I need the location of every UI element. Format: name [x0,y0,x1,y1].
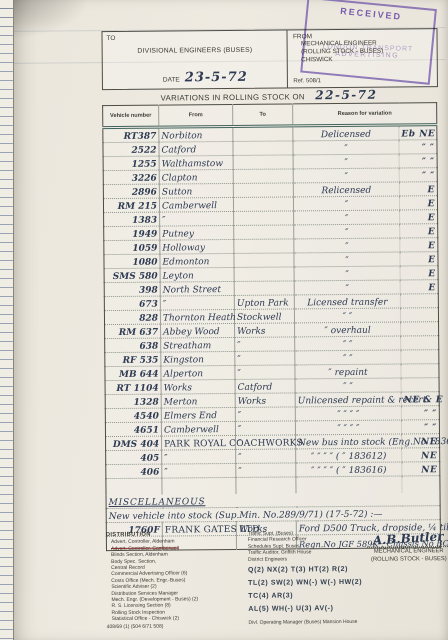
distribution-item: Statistical Office - Chiswick (2) [107,615,249,623]
reason-cell: Relicensed [293,182,399,197]
vehicle-number-cell: 405 [106,450,162,464]
vehicle-number-cell: 2896 [103,184,159,198]
col-header-reason: Reason for variation [293,103,437,126]
from-cell: ″ [162,449,236,464]
col-header-to: To [233,104,293,127]
from-cell: ″ [160,295,234,310]
form-content: TO DIVISIONAL ENGINEERS (BUSES) DATE23-5… [7,0,448,640]
code-cell [401,350,439,364]
from-cell: Walthamstow [159,155,233,170]
from-cell: ″ [162,463,236,478]
to-cell: ″ [235,407,295,422]
signature-block: A.B.Butler MECHANICAL ENGINEER (ROLLING … [365,529,448,629]
allocation-code-line: AL(5) WH(-) U(3) AV(-) [248,605,366,615]
from-cell: Camberwell [161,421,235,436]
from-cell: North Street [160,281,234,296]
form-number: 408/69 (1) (504 6/71 508) [107,623,249,631]
code-cell: E [400,252,438,266]
col-header-vehicle-number: Vehicle number [103,105,159,127]
reason-cell: ″ ″ ″ ″ [295,406,401,421]
reason-cell: ″ [293,196,399,211]
code-cell: E [400,266,438,280]
to-cell [233,197,293,212]
scanned-form-document: TO DIVISIONAL ENGINEERS (BUSES) DATE23-5… [0,0,448,640]
to-cell: ″ [235,365,295,380]
from-cell: Thornton Heath [160,309,234,324]
code-cell: E [400,210,438,224]
code-cell: NE & E [401,392,439,406]
vehicle-number-cell: 3226 [103,170,159,184]
to-cell: Stockwell [234,309,294,324]
document-paper: TO DIVISIONAL ENGINEERS (BUSES) DATE23-5… [10,0,448,640]
vehicle-number-cell: DMS 404 [106,436,162,450]
allocation-code-line: TC(4) AR(3) [248,592,366,602]
code-cell: E [400,224,438,238]
from-cell: Abbey Wood [161,323,235,338]
code-cell [400,308,438,322]
reason-cell: ″ [293,140,399,155]
to-cell [234,239,294,254]
vehicle-number-cell: 398 [104,282,160,296]
reason-cell: ″ [294,224,400,239]
to-cell [233,141,293,156]
from-cell: Kingston [161,351,235,366]
to-cell [233,126,293,142]
to-value: DIVISIONAL ENGINEERS (BUSES) [107,47,283,56]
code-cell [401,378,439,392]
reason-cell: ″ [293,154,399,169]
from-cell: Leyton [160,267,234,282]
reason-cell: ″ ″ ″ ″ [295,420,401,435]
table-header-row: Vehicle number From To Reason for variat… [103,103,437,128]
notebook-edge [0,0,14,640]
from-cell: PARK ROYAL COACHWORKS [162,435,236,450]
from-cell: Edmonton [160,253,234,268]
col-header-from: From [159,104,233,127]
distribution-block: DISTRIBUTION Advert, Controller, Aldenha… [106,531,249,631]
vehicle-number-cell: 828 [104,310,160,324]
title-date-handwritten: 22-5-72 [315,88,377,103]
reason-cell: ″ ″ ″ ″ ( ″ 183616) [296,462,402,477]
reason-cell: ″ [294,280,400,295]
from-cell: Elmers End [161,407,235,422]
to-cell: Works [235,393,295,408]
reason-cell: ″ [294,252,400,267]
to-cell: Works [235,323,295,338]
from-cell: Works [161,379,235,394]
title-text: VARIATIONS IN ROLLING STOCK ON [161,92,305,102]
reason-cell: ″ repaint [295,364,401,379]
code-cell: E [400,280,438,294]
to-cell [233,155,293,170]
from-cell: Camberwell [159,197,233,212]
signature-title2: (ROLLING STOCK - BUSES) [366,556,448,564]
vehicle-number-cell: 1383 [104,212,160,226]
code-cell: ″ ″ [401,420,439,434]
vehicle-number-cell: 1949 [104,226,160,240]
code-cell [401,322,439,336]
code-cell: ″ ″ [399,140,437,154]
ref-number: Ref. 508/1 [293,78,321,84]
code-cell: E [400,238,438,252]
code-cell: E [399,182,437,196]
to-cell [234,211,294,226]
recipient-item: District Engineers [248,555,366,562]
divl-operating-manager-line: Divl. Operating Manager (Buses) Mansion … [248,619,366,626]
to-cell: ″ [235,351,295,366]
vehicle-number-cell: RT387 [103,127,159,142]
vehicle-number-cell: 406 [106,464,162,478]
to-cell: Upton Park [234,295,294,310]
stamp-received-text: RECEIVED [308,3,434,25]
to-cell [234,253,294,268]
code-cell [401,364,439,378]
code-cell [400,294,438,308]
reason-cell: ″ ″ [295,378,401,393]
to-cell [233,183,293,198]
to-cell: ″ [235,421,295,436]
vehicle-number-cell: RM 215 [103,198,159,212]
to-cell: Catford [235,379,295,394]
vehicle-number-cell: 4540 [105,408,161,422]
vehicle-number-cell: 673 [104,296,160,310]
reason-cell: ″ [294,210,400,225]
to-cell: ″ [236,449,296,464]
vehicle-number-cell: RM 637 [105,324,161,338]
vehicle-number-cell: 4651 [105,422,161,436]
code-cell: ″ ″ [401,406,439,420]
from-cell: Norbiton [159,126,233,142]
reason-cell: ″ ″ [295,350,401,365]
reason-cell: ″ [294,266,400,281]
vehicle-number-cell: RF 535 [105,352,161,366]
code-cell [401,336,439,350]
reason-cell: ″ overhaul [295,322,401,337]
code-cell: ″ ″ [399,154,437,168]
to-cell [233,169,293,184]
reason-cell: ″ ″ ″ ″ ( ″ 183612) [296,448,402,463]
to-cell [234,281,294,296]
from-cell: Clapton [159,169,233,184]
vehicle-number-cell: MB 644 [105,366,161,380]
from-cell: Catford [159,141,233,156]
code-cell: NE [402,462,440,476]
vehicle-number-cell: 1328 [105,394,161,408]
to-cell [234,225,294,240]
reason-cell: ″ [293,168,399,183]
allocation-code-line: Q(2) NX(2) T(3) HT(2) R(2) [248,566,366,576]
vehicle-number-cell: SMS 580 [104,268,160,282]
recipients-block: Traffic Supt. (Buses)Financial Research … [248,530,366,630]
vehicle-number-cell: 1255 [103,156,159,170]
received-stamp: RECEIVED LONDON TRANSPORT ADVERTISING [300,0,437,85]
reason-cell: Delicensed [293,125,399,141]
to-cell [234,267,294,282]
from-cell: Alperton [161,365,235,380]
footer: DISTRIBUTION Advert, Controller, Aldenha… [106,529,448,631]
code-cell: ″ ″ [399,168,437,182]
variations-table: Vehicle number From To Reason for variat… [102,102,441,551]
vehicle-number-cell: 2522 [103,142,159,156]
vehicle-number-cell: RT 1104 [105,380,161,394]
reason-cell: New bus into stock (Eng.No 183608) [296,434,402,449]
from-cell: ″ [160,211,234,226]
date-handwritten: 23-5-72 [185,70,248,86]
reason-cell: ″ [294,238,400,253]
reason-cell: Unlicensed repaint & recert. [295,392,401,407]
to-label: TO [107,34,283,43]
to-cell: ″ [236,463,296,478]
reason-cell: Licensed transfer [294,294,400,309]
code-cell: Eb NE [399,125,437,140]
from-cell: Sutton [159,183,233,198]
vehicle-number-cell: 638 [105,338,161,352]
to-cell: ″ [235,337,295,352]
vehicle-number-cell: 1059 [104,240,160,254]
allocation-code-line: TL(2) SW(2) WN(-) W(-) HW(2) [248,579,366,589]
from-cell: Holloway [160,239,234,254]
reason-cell: ″ ″ [295,336,401,351]
code-cell: E [399,196,437,210]
reason-cell: ″ ″ [294,308,400,323]
from-cell: Merton [161,393,235,408]
date-label: DATE [163,76,180,83]
from-cell: Streatham [161,337,235,352]
to-section: TO DIVISIONAL ENGINEERS (BUSES) DATE23-5… [102,30,288,89]
vehicle-number-cell: 1080 [104,254,160,268]
code-cell: NE [402,448,440,462]
from-cell: Putney [160,225,234,240]
